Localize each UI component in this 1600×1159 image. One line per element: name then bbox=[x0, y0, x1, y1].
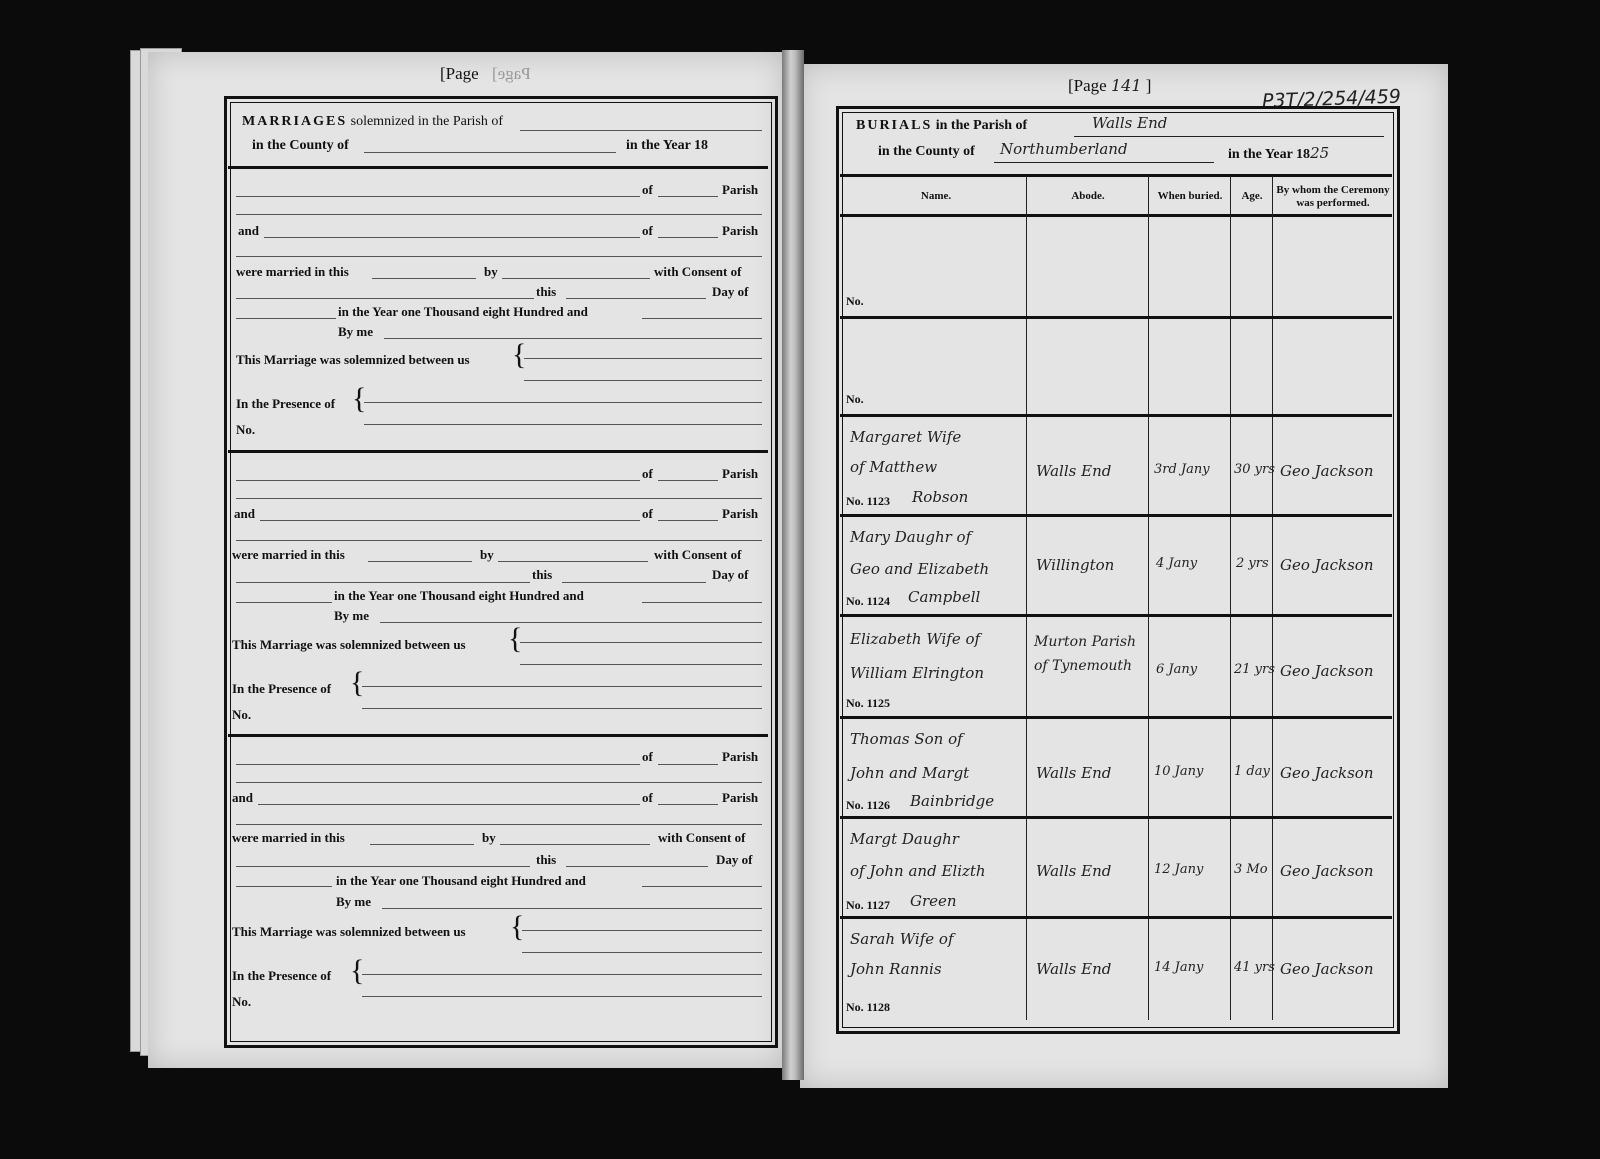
county-label: in the County of bbox=[252, 138, 349, 154]
presence-label: In the Presence of bbox=[236, 396, 335, 412]
parish-label: Parish bbox=[722, 223, 758, 239]
burial-officiant: Geo Jackson bbox=[1280, 462, 1374, 480]
burial-officiant: Geo Jackson bbox=[1280, 556, 1374, 574]
burial-number: No. 1127 bbox=[846, 898, 890, 913]
burial-date: 3rd Jany bbox=[1154, 462, 1210, 477]
burial-age: 2 yrs bbox=[1236, 556, 1269, 571]
by-me-label: By me bbox=[336, 894, 371, 910]
consent-label: with Consent of bbox=[658, 830, 745, 846]
presence-label: In the Presence of bbox=[232, 968, 331, 984]
this-label: this bbox=[532, 567, 552, 583]
burials-title: BURIALS bbox=[856, 118, 932, 133]
and-label: and bbox=[234, 506, 255, 522]
burial-name-line: Elizabeth Wife of bbox=[850, 630, 980, 648]
burial-officiant: Geo Jackson bbox=[1280, 764, 1374, 782]
burial-number: No. 1125 bbox=[846, 696, 890, 711]
parish-label: Parish bbox=[722, 182, 758, 198]
burial-number: No. bbox=[846, 392, 864, 407]
col-divider bbox=[1026, 176, 1027, 1020]
burial-name-line: Margt Daughr bbox=[850, 830, 959, 848]
parish-label: Parish bbox=[722, 790, 758, 806]
left-page-label: [Page bbox=[440, 64, 479, 84]
burial-date: 12 Jany bbox=[1154, 862, 1203, 877]
by-label: by bbox=[484, 264, 498, 280]
page-label-close: ] bbox=[1146, 76, 1152, 95]
parish-label: Parish bbox=[722, 506, 758, 522]
of-label: of bbox=[642, 506, 653, 522]
year-value: 25 bbox=[1310, 144, 1329, 162]
burial-date: 10 Jany bbox=[1154, 764, 1203, 779]
burial-number: No. 1126 bbox=[846, 798, 890, 813]
year-line-label: in the Year one Thousand eight Hundred a… bbox=[338, 304, 588, 320]
burial-abode: Walls End bbox=[1036, 960, 1111, 978]
were-married-label: were married in this bbox=[236, 264, 349, 280]
burial-name-line: Campbell bbox=[908, 588, 980, 606]
entry-number-label: No. bbox=[232, 994, 251, 1010]
burial-name-line: Mary Daughr of bbox=[850, 528, 971, 546]
of-label: of bbox=[642, 223, 653, 239]
burial-name-line: Geo and Elizabeth bbox=[850, 560, 989, 578]
county-value: Northumberland bbox=[1000, 140, 1128, 158]
burial-name-line: John and Margt bbox=[850, 764, 969, 782]
burial-officiant: Geo Jackson bbox=[1280, 960, 1374, 978]
entry-number-label: No. bbox=[232, 707, 251, 723]
burial-officiant: Geo Jackson bbox=[1280, 862, 1374, 880]
burial-name-line: John Rannis bbox=[850, 960, 942, 978]
of-label: of bbox=[642, 790, 653, 806]
col-officiant: By whom the Ceremony was performed. bbox=[1274, 184, 1392, 210]
burial-name-line: William Elrington bbox=[850, 664, 984, 682]
header-divider bbox=[228, 166, 768, 169]
burial-name-line: of John and Elizth bbox=[850, 862, 986, 880]
burial-name-line: Margaret Wife bbox=[850, 428, 961, 446]
by-label: by bbox=[480, 547, 494, 563]
col-when-buried: When buried. bbox=[1150, 190, 1230, 203]
burial-abode: Murton Parish of Tynemouth bbox=[1034, 630, 1142, 678]
burial-name-line: Robson bbox=[912, 488, 968, 506]
page-number: 141 bbox=[1111, 76, 1142, 95]
by-label: by bbox=[482, 830, 496, 846]
burial-number: No. 1124 bbox=[846, 594, 890, 609]
burial-abode: Walls End bbox=[1036, 862, 1111, 880]
burial-number: No. 1123 bbox=[846, 494, 890, 509]
year-line-label: in the Year one Thousand eight Hundred a… bbox=[334, 588, 584, 604]
right-page-label: [Page 141 ] bbox=[1068, 76, 1151, 96]
col-divider bbox=[1272, 176, 1273, 1020]
year-label: in the Year 18 bbox=[626, 138, 708, 154]
burial-name-line: of Matthew bbox=[850, 458, 937, 476]
marriages-form-frame bbox=[224, 96, 778, 1048]
this-label: this bbox=[536, 284, 556, 300]
burials-year-label: in the Year 1825 bbox=[1228, 144, 1329, 163]
header-divider bbox=[840, 174, 1392, 177]
and-label: and bbox=[232, 790, 253, 806]
burial-officiant: Geo Jackson bbox=[1280, 662, 1374, 680]
parish-value: Walls End bbox=[1092, 114, 1167, 132]
parish-blank bbox=[520, 130, 762, 131]
of-label: of bbox=[642, 182, 653, 198]
year-line-label: in the Year one Thousand eight Hundred a… bbox=[336, 873, 586, 889]
of-label: of bbox=[642, 466, 653, 482]
burial-age: 41 yrs bbox=[1234, 960, 1275, 975]
burial-name-line: Sarah Wife of bbox=[850, 930, 954, 948]
by-me-label: By me bbox=[338, 324, 373, 340]
and-label: and bbox=[238, 223, 259, 239]
consent-label: with Consent of bbox=[654, 547, 741, 563]
of-label: of bbox=[642, 749, 653, 765]
burial-date: 6 Jany bbox=[1156, 662, 1197, 677]
this-label: this bbox=[536, 852, 556, 868]
marriages-parish-label: solemnized in the Parish of bbox=[351, 114, 503, 129]
burial-age: 30 yrs bbox=[1234, 462, 1275, 477]
entry-number-label: No. bbox=[236, 422, 255, 438]
burials-parish-label: in the Parish of bbox=[936, 118, 1027, 133]
col-divider bbox=[1230, 176, 1231, 1020]
burial-number: No. bbox=[846, 294, 864, 309]
burials-header-line1: BURIALS in the Parish of bbox=[856, 118, 1027, 134]
burial-abode: Walls End bbox=[1036, 462, 1111, 480]
col-abode: Abode. bbox=[1028, 190, 1148, 203]
solemnized-label: This Marriage was solemnized between us bbox=[236, 352, 470, 368]
parish-label: Parish bbox=[722, 466, 758, 482]
burial-abode: Walls End bbox=[1036, 764, 1111, 782]
day-of-label: Day of bbox=[712, 284, 748, 300]
col-age: Age. bbox=[1232, 190, 1272, 203]
burial-age: 1 day bbox=[1234, 764, 1270, 779]
burial-date: 4 Jany bbox=[1156, 556, 1197, 571]
county-blank bbox=[364, 152, 616, 153]
page-label-text: [Page bbox=[1068, 76, 1107, 95]
burial-age: 21 yrs bbox=[1234, 662, 1275, 677]
day-of-label: Day of bbox=[716, 852, 752, 868]
burial-age: 3 Mo bbox=[1234, 862, 1268, 877]
left-page-label-mirror: Page] bbox=[492, 64, 531, 84]
book-gutter bbox=[782, 50, 804, 1080]
burial-name-line: Thomas Son of bbox=[850, 730, 963, 748]
burial-name-line: Bainbridge bbox=[910, 792, 994, 810]
marriages-header-line1: MARRIAGES solemnized in the Parish of bbox=[242, 114, 503, 130]
burial-abode: Willington bbox=[1036, 556, 1114, 574]
year-prefix: in the Year 18 bbox=[1228, 147, 1310, 162]
solemnized-label: This Marriage was solemnized between us bbox=[232, 637, 466, 653]
day-of-label: Day of bbox=[712, 567, 748, 583]
col-name: Name. bbox=[846, 190, 1026, 203]
consent-label: with Consent of bbox=[654, 264, 741, 280]
burials-county-label: in the County of bbox=[878, 144, 975, 160]
presence-label: In the Presence of bbox=[232, 681, 331, 697]
by-me-label: By me bbox=[334, 608, 369, 624]
burial-date: 14 Jany bbox=[1154, 960, 1203, 975]
marriages-title: MARRIAGES bbox=[242, 114, 347, 129]
burial-name-line: Green bbox=[910, 892, 957, 910]
burial-number: No. 1128 bbox=[846, 1000, 890, 1015]
solemnized-label: This Marriage was solemnized between us bbox=[232, 924, 466, 940]
were-married-label: were married in this bbox=[232, 547, 345, 563]
col-divider bbox=[1148, 176, 1149, 1020]
parish-label: Parish bbox=[722, 749, 758, 765]
were-married-label: were married in this bbox=[232, 830, 345, 846]
